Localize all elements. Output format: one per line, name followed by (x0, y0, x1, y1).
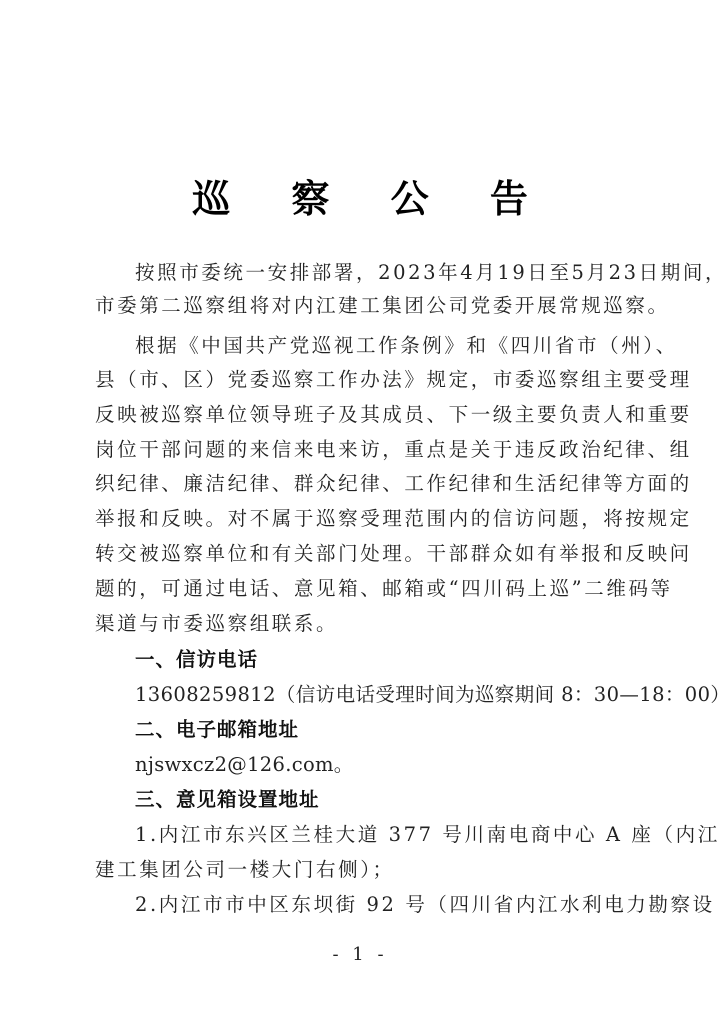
document-page: 巡 察 公 告 按照市委统一安排部署，2023年4月19日至5月23日期间， 市… (0, 0, 720, 1018)
mailbox-address-line: 建工集团公司一楼大门右侧）； (95, 856, 635, 884)
mailbox-address-line: 1.内江市东兴区兰桂大道 377 号川南电商中心 A 座（内江 (135, 821, 675, 849)
section-heading-mailbox: 三、意见箱设置地址 (135, 786, 675, 814)
paragraph-line: 岗位干部问题的来信来电来访，重点是关于违反政治纪律、组 (95, 436, 635, 464)
mailbox-address-line: 2.内江市市中区东坝街 92 号（四川省内江水利电力勘察设 (135, 891, 675, 919)
phone-number-text: 13608259812（信访电话受理时间为巡察期间 8：30—18：00）。 (135, 681, 675, 709)
paragraph-line: 举报和反映。对不属于巡察受理范围内的信访问题，将按规定 (95, 505, 635, 533)
paragraph-line: 转交被巡察单位和有关部门处理。干部群众如有举报和反映问 (95, 540, 635, 568)
email-address-text: njswxcz2@126.com。 (135, 751, 675, 779)
section-heading-email: 二、电子邮箱地址 (135, 716, 675, 744)
section-heading-phone: 一、信访电话 (135, 646, 675, 674)
paragraph-line: 根据《中国共产党巡视工作条例》和《四川省市（州）、 (135, 332, 675, 360)
paragraph-line: 织纪律、廉洁纪律、群众纪律、工作纪律和生活纪律等方面的 (95, 470, 635, 498)
paragraph-line: 按照市委统一安排部署，2023年4月19日至5月23日期间， (135, 259, 675, 287)
paragraph-line: 市委第二巡察组将对内江建工集团公司党委开展常规巡察。 (95, 292, 635, 320)
paragraph-line: 县（市、区）党委巡察工作办法》规定，市委巡察组主要受理 (95, 366, 635, 394)
paragraph-line: 反映被巡察单位领导班子及其成员、下一级主要负责人和重要 (95, 401, 635, 429)
paragraph-line: 题的，可通过电话、意见箱、邮箱或“四川码上巡”二维码等 (95, 575, 635, 603)
page-number: - 1 - (0, 944, 720, 965)
document-title: 巡 察 公 告 (0, 168, 720, 223)
paragraph-line: 渠道与市委巡察组联系。 (95, 610, 635, 638)
